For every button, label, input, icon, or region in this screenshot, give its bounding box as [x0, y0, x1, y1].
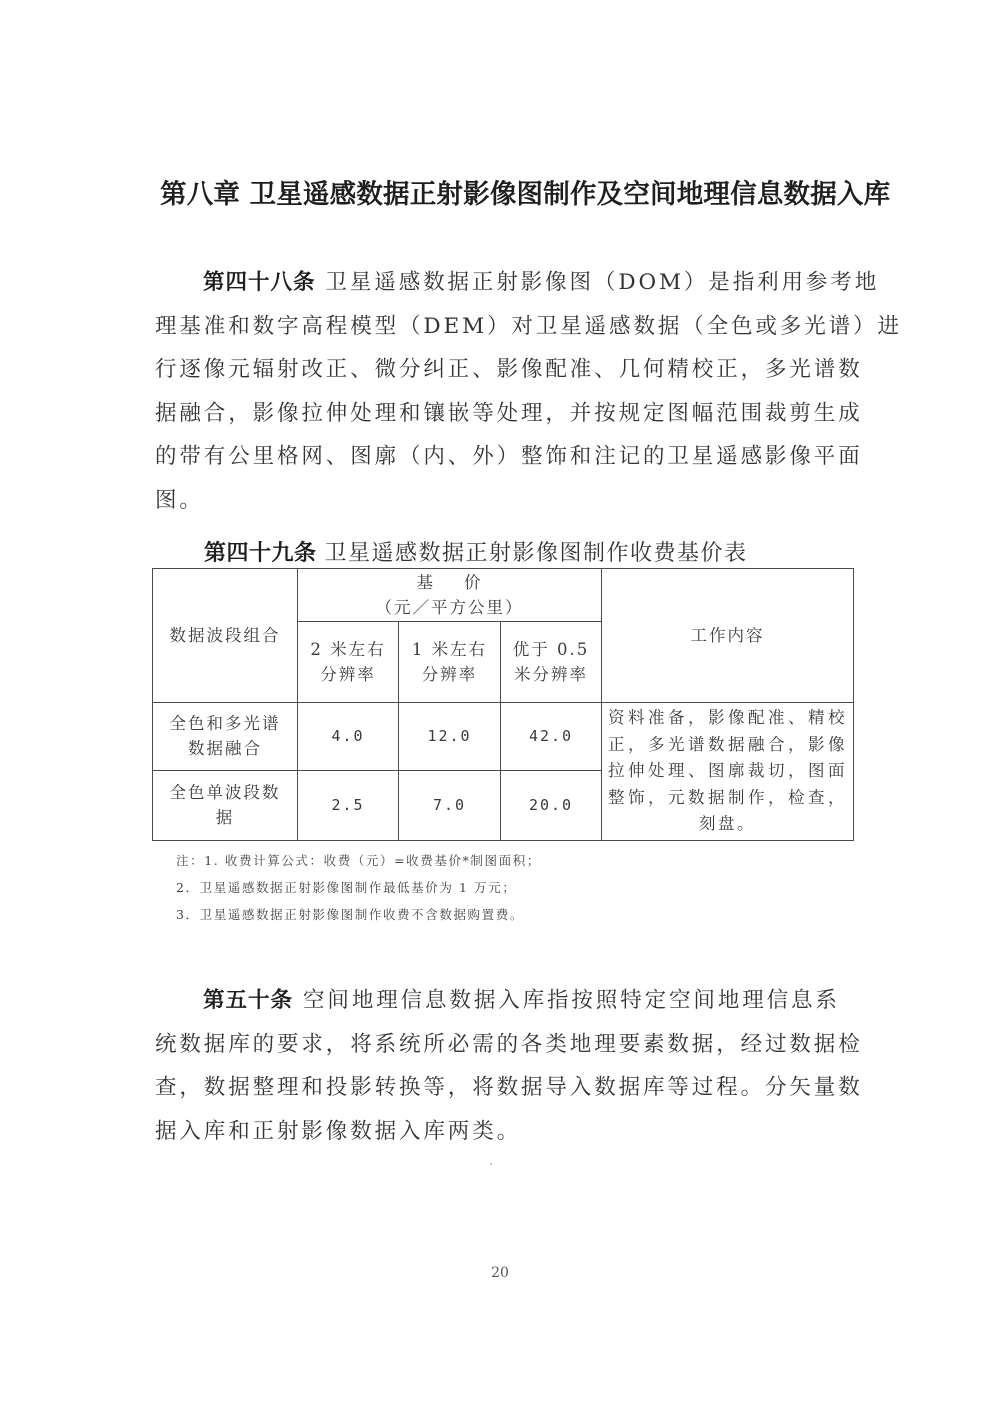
row-2-price-1m: 7.0	[399, 770, 501, 840]
article-50-line-3: 查，数据整理和投影转换等，将数据导入数据库等过程。分矢量数	[155, 1066, 855, 1110]
note-1: 注：1. 收费计算公式：收费（元）=收费基价*制图面积；	[176, 847, 541, 874]
row-2-band: 全色单波段数 据	[153, 770, 298, 840]
row-1-band: 全色和多光谱 数据融合	[153, 703, 298, 771]
article-50-lead: 第五十条	[203, 988, 293, 1013]
article-49-caption: 卫星遥感数据正射影像图制作收费基价表	[325, 541, 748, 566]
article-50-line-4: 据入库和正射影像数据入库两类。	[155, 1110, 855, 1154]
fee-table: 数据波段组合 基 价 （元／平方公里） 工作内容 2 米左右 分辨率 1 米左右…	[152, 568, 854, 841]
header-work-content: 工作内容	[602, 569, 854, 703]
article-50-line-1: 第五十条空间地理信息数据入库指按照特定空间地理信息系	[155, 979, 855, 1023]
row-1-price-1m: 12.0	[399, 703, 501, 771]
article-50: 第五十条空间地理信息数据入库指按照特定空间地理信息系 统数据库的要求，将系统所必…	[155, 979, 855, 1153]
work-content-cell: 资料准备，影像配准、精校正，多光谱数据融合，影像拉伸处理、图廓裁切，图面整饰，元…	[602, 703, 854, 841]
row-2-price-0-5m: 20.0	[501, 770, 602, 840]
table-caption: 第四十九条卫星遥感数据正射影像图制作收费基价表	[204, 536, 748, 567]
note-3: 3．卫星遥感数据正射影像图制作收费不含数据购置费。	[176, 901, 541, 928]
header-band-combination: 数据波段组合	[153, 569, 298, 703]
header-resolution-1m: 1 米左右 分辨率	[399, 622, 501, 703]
header-resolution-0-5m: 优于 0.5 米分辨率	[501, 622, 602, 703]
article-48-line-4: 据融合，影像拉伸处理和镶嵌等处理，并按规定图幅范围裁剪生成	[155, 392, 855, 436]
row-2-price-2m: 2.5	[298, 770, 399, 840]
article-48-lead: 第四十八条	[203, 270, 316, 295]
article-48-line-2: 理基准和数字高程模型（DEM）对卫星遥感数据（全色或多光谱）进	[155, 305, 855, 349]
article-48: 第四十八条卫星遥感数据正射影像图（DOM）是指利用参考地 理基准和数字高程模型（…	[155, 261, 855, 522]
note-2: 2．卫星遥感数据正射影像图制作最低基价为 1 万元；	[176, 874, 541, 901]
row-1-price-0-5m: 42.0	[501, 703, 602, 771]
article-50-line-2: 统数据库的要求，将系统所必需的各类地理要素数据，经过数据检	[155, 1023, 855, 1067]
header-resolution-2m: 2 米左右 分辨率	[298, 622, 399, 703]
article-48-line-6: 图。	[155, 479, 855, 523]
row-1-price-2m: 4.0	[298, 703, 399, 771]
scan-speck	[490, 1163, 492, 1165]
table-notes: 注：1. 收费计算公式：收费（元）=收费基价*制图面积； 2．卫星遥感数据正射影…	[176, 847, 541, 928]
header-base-price: 基 价 （元／平方公里）	[298, 569, 602, 622]
article-48-line-3: 行逐像元辐射改正、微分纠正、影像配准、几何精校正，多光谱数	[155, 348, 855, 392]
article-48-line-5: 的带有公里格网、图廓（内、外）整饰和注记的卫星遥感影像平面	[155, 435, 855, 479]
article-48-line-1: 第四十八条卫星遥感数据正射影像图（DOM）是指利用参考地	[155, 261, 855, 305]
table-row: 全色和多光谱 数据融合 4.0 12.0 42.0 资料准备，影像配准、精校正，…	[153, 703, 854, 771]
article-49-lead: 第四十九条	[204, 541, 317, 566]
chapter-title: 第八章 卫星遥感数据正射影像图制作及空间地理信息数据入库	[160, 172, 880, 211]
table-header-row-1: 数据波段组合 基 价 （元／平方公里） 工作内容	[153, 569, 854, 622]
page-number: 20	[480, 1265, 520, 1281]
